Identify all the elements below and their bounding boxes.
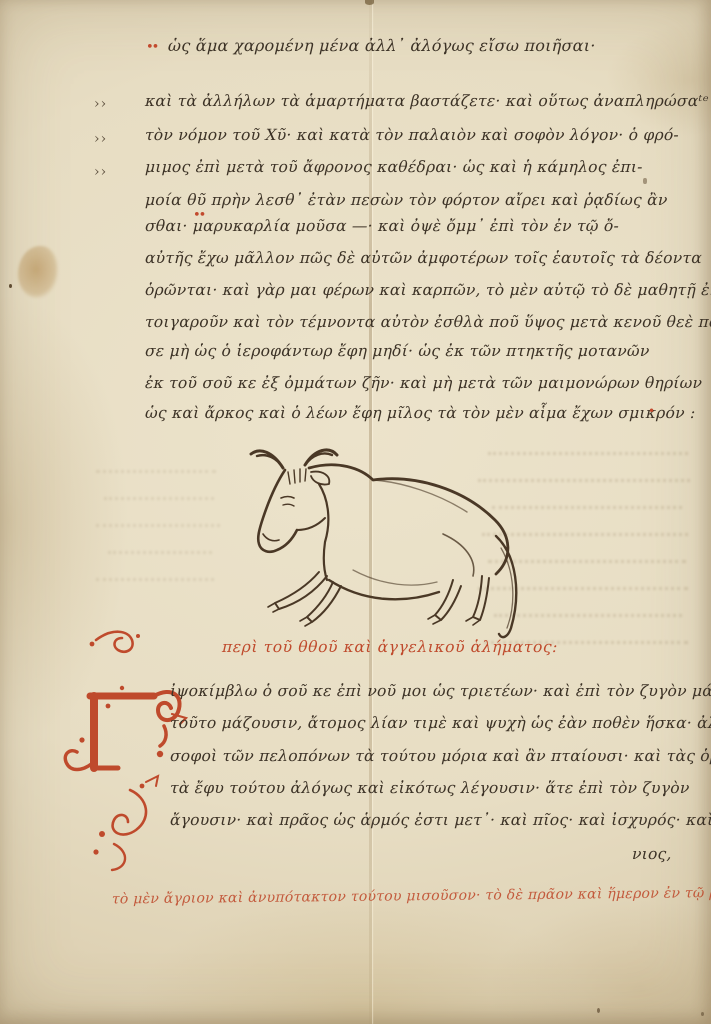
text-line: τὰ ἔφυ τούτου ἀλόγως καὶ εἰκότως λέγουσι… [170,779,690,797]
speck [701,1012,704,1016]
red-pilcrow: •• [146,40,157,55]
text-line: σε μὴ ὡς ὁ ἱεροφάντωρ ἔφη μηδί· ὡς ἐκ τῶ… [145,342,650,360]
speck [643,178,647,184]
text-line: ὁρῶνται· καὶ γὰρ μαι φέρων καὶ καρπῶν, τ… [145,281,711,299]
speck [597,1008,600,1013]
text-line: τοιγαροῦν καὶ τὸν τέμνοντα αὐτὸν ἐσθλὰ π… [145,313,711,331]
text-line: καὶ τὰ ἀλλήλων τὰ ἁμαρτήματα βαστάζετε· … [145,92,709,110]
top-edge-notch [365,0,374,5]
text-line: ἐκ τοῦ σοῦ κε ἐξ ὀμμάτων ζῆν· καὶ μὴ μετ… [145,374,703,392]
text-line: μιμος ἐπὶ μετὰ τοῦ ἄφρονος καθέδραι· ὡς … [145,158,643,176]
text-line: μοία θῦ πρὴν λεσθ᾽ ἐτὰν πεσὼν τὸν φόρτον… [145,191,668,209]
colophon-line: τὸ μὲν ἄγριον καὶ ἀνυπότακτον τούτου μισ… [112,885,711,908]
text-line: ὡς καὶ ἄρκος καὶ ὁ λέων ἔφη μῖλος τὰ τὸν… [145,404,696,422]
ox-drawing [233,438,551,650]
text-line: σθαι· μαρυκαρλία μοῦσα —· καὶ ὀψὲ ὄμμ᾽ ἐ… [145,217,620,235]
text-line: τοῦτο μάζουσιν, ἄτομος λίαν τιμὲ καὶ ψυχ… [170,714,711,732]
hanging-word: νιος, [632,845,672,863]
manuscript-page: •• ὡς ἅμα χαρομένη μένα ἀλλ᾽ ἀλόγως εἴσω… [0,0,711,1024]
text-line: ἰψοκίμβλω ὁ σοῦ κε ἐπὶ νοῦ μοι ὡς τριετέ… [170,682,711,700]
ink-stain [18,246,58,298]
margin-diple: ›› [94,96,107,112]
show-through-text [96,470,226,605]
margin-diple: ›› [94,131,107,147]
text-line: σοφοὶ τῶν πελοπόνων τὰ τούτου μόρια καὶ … [170,747,711,765]
text-line: αὐτῆς ἔχω μᾶλλον πῶς δὲ αὐτῶν ἀμφοτέρων … [145,249,703,267]
text-line: τὸν νόμον τοῦ Χῦ· καὶ κατὰ τὸν παλαιὸν κ… [145,126,680,144]
rubric-heading: περὶ τοῦ θθοῦ καὶ ἀγγελικοῦ ἁλήματος: [222,638,559,656]
margin-diple: ›› [94,164,107,180]
speck [9,284,12,288]
opening-line: ὡς ἅμα χαρομένη μένα ἀλλ᾽ ἀλόγως εἴσω πο… [168,36,596,55]
text-line: ἄγουσιν· καὶ πρᾶος ὡς ἁρμός ἐστι μετ᾽· κ… [170,811,711,829]
red-end-mark: • [648,404,653,418]
